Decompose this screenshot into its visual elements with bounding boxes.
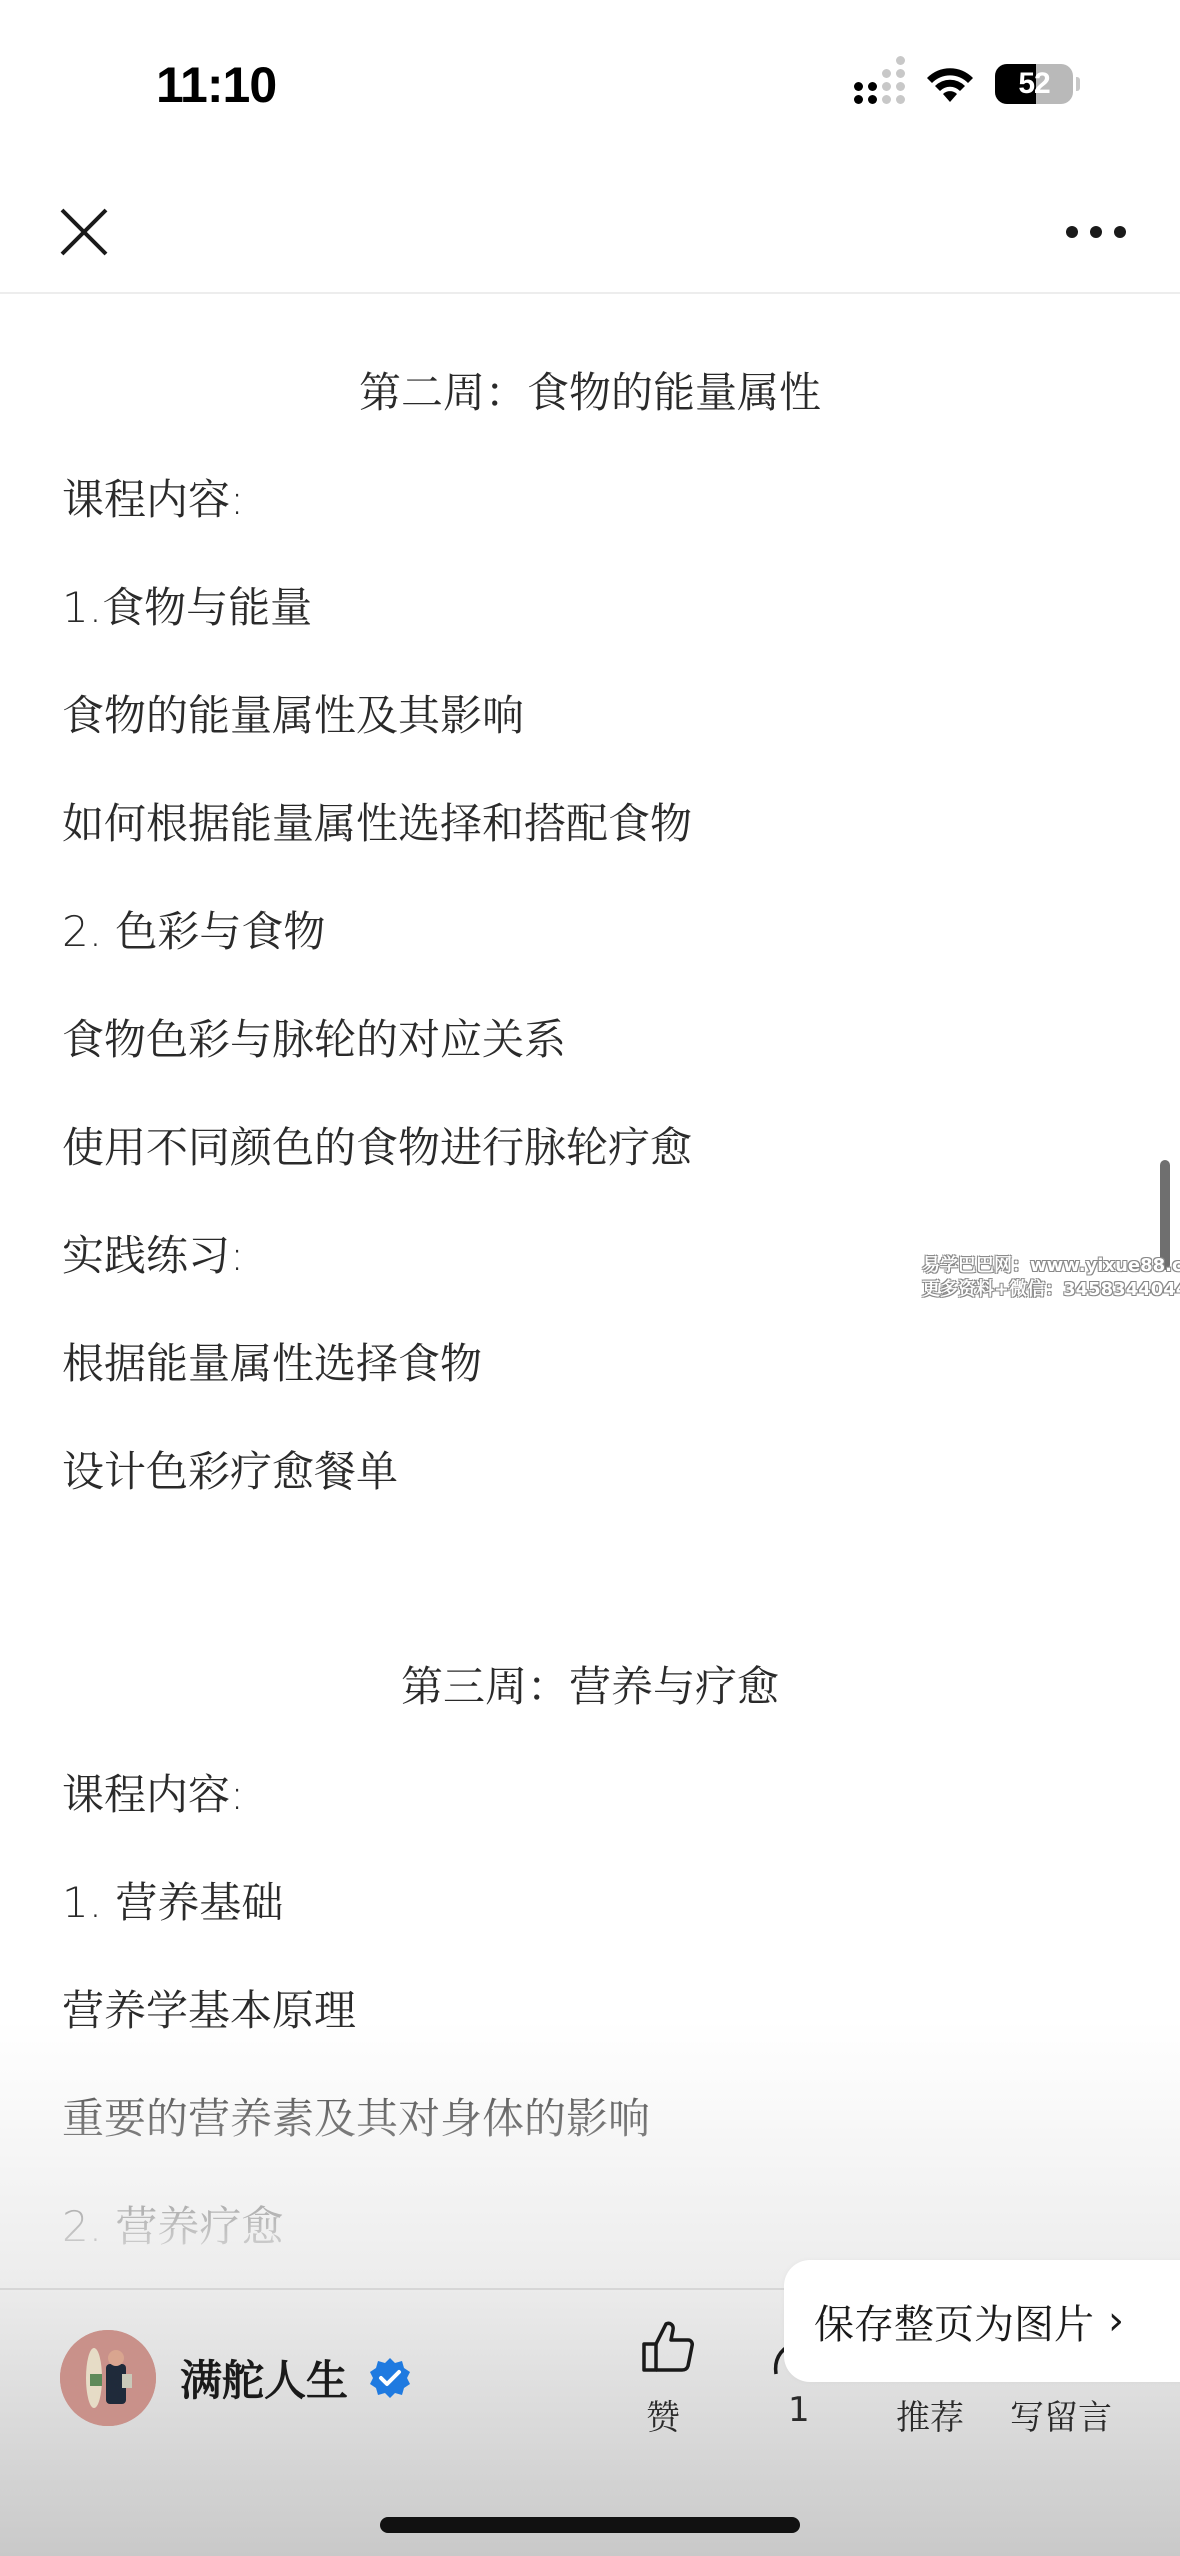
battery-icon: 52: [995, 64, 1073, 104]
article-line: 如何根据能量属性选择和搭配食物: [62, 794, 692, 854]
author-avatar[interactable]: [60, 2330, 156, 2426]
week3-heading: 第三周：营养与疗愈: [0, 1657, 1180, 1717]
chevron-right-icon: ›: [1108, 2298, 1124, 2344]
article-line: 食物的能量属性及其影响: [62, 686, 524, 746]
author-name[interactable]: 满舵人生: [180, 2348, 348, 2408]
write-comment-button[interactable]: 写留言: [1010, 2390, 1112, 2439]
article-line: 课程内容:: [62, 1765, 244, 1825]
watermark: 易学巴巴网：www.yixue88.cn 更多资料+微信：3458344044: [922, 1254, 1180, 1302]
cellular-signal-icon: [854, 64, 905, 104]
save-page-as-image-button[interactable]: 保存整页为图片 ›: [784, 2260, 1180, 2382]
more-horizontal-icon: [1056, 200, 1136, 264]
wifi-icon: [925, 64, 975, 104]
screen: 11:10 52: [0, 0, 1180, 2556]
recommend-button[interactable]: 推荐: [896, 2390, 964, 2439]
article-line: 根据能量属性选择食物: [62, 1334, 482, 1394]
verified-badge-icon: [368, 2356, 412, 2400]
home-indicator[interactable]: [380, 2517, 800, 2533]
avatar-image: [60, 2330, 156, 2426]
watermark-line-2: 更多资料+微信：3458344044: [922, 1278, 1180, 1302]
share-count: 1: [788, 2390, 810, 2430]
status-time: 11:10: [156, 56, 276, 114]
close-button[interactable]: [52, 200, 116, 264]
thumbs-up-icon: [638, 2316, 698, 2376]
battery-percent: 52: [1018, 67, 1049, 101]
status-icons: 52: [854, 64, 1080, 104]
bottom-fade: [0, 2020, 1180, 2290]
article-line: 使用不同颜色的食物进行脉轮疗愈: [62, 1118, 692, 1178]
article-line: 1.食物与能量: [62, 578, 312, 638]
like-label: 赞: [646, 2390, 680, 2439]
nav-header: [0, 170, 1180, 294]
status-bar: 11:10 52: [0, 0, 1180, 170]
article-line: 课程内容:: [62, 470, 244, 530]
watermark-line-1: 易学巴巴网：www.yixue88.cn: [922, 1254, 1180, 1278]
week2-heading: 第二周：食物的能量属性: [0, 363, 1180, 423]
article-line: 1. 营养基础: [62, 1873, 283, 1933]
close-icon: [52, 200, 116, 264]
article-line: 设计色彩疗愈餐单: [62, 1442, 398, 1502]
article-line: 实践练习:: [62, 1226, 244, 1286]
article-line: 食物色彩与脉轮的对应关系: [62, 1010, 566, 1070]
article-line: 2. 色彩与食物: [62, 902, 325, 962]
save-page-label: 保存整页为图片: [814, 2293, 1094, 2350]
more-options-button[interactable]: [1056, 200, 1136, 264]
